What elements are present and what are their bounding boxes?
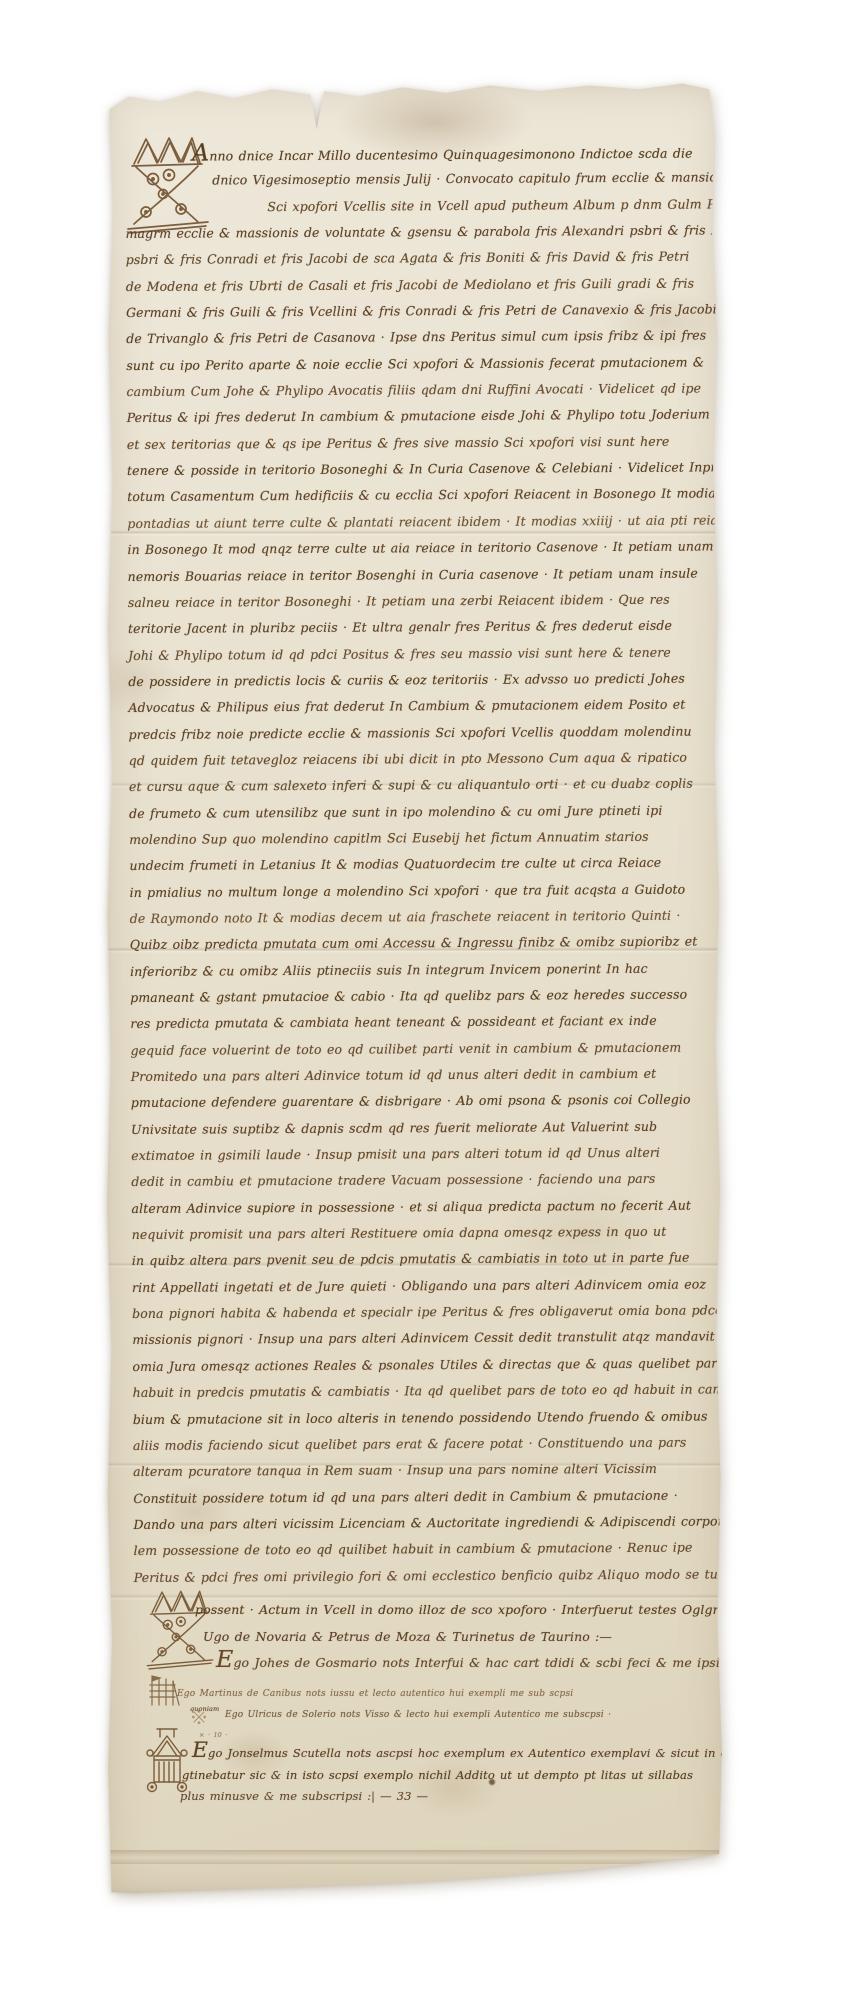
charter-line: cambium Cum Johe & Phylipo Avocatis fili…: [126, 375, 718, 405]
charter-line: in Bosonego It mod qnqz terre culte ut a…: [127, 534, 719, 564]
charter-line: inferioribz & cu omibz Aliis ptineciis s…: [130, 955, 722, 985]
parchment-shadow: Anno dnice Incar Millo ducentesimo Quinq…: [0, 0, 862, 2000]
charter-line: Johi & Phylipo totum id qd pdci Positus …: [128, 639, 720, 669]
charter-line: Quibz oibz predicta pmutata cum omi Acce…: [130, 929, 722, 959]
parchment-sheet: Anno dnice Incar Millo ducentesimo Quinq…: [104, 82, 726, 1894]
charter-line: salneu reiace in teritor Bosoneghi · It …: [128, 586, 720, 616]
charter-line: Promitedo una pars alteri Adinvice totum…: [131, 1060, 723, 1090]
charter-line: lem possessione de toto eo qd quilibet h…: [134, 1535, 726, 1565]
footer-line: Ugo de Novaria & Petrus de Moza & Turine…: [203, 1624, 612, 1650]
charter-line: de Modena et fris Ubrti de Casali et fri…: [126, 270, 718, 300]
charter-line: missionis pignori · Insup una pars alter…: [132, 1324, 724, 1354]
charter-line: undecim frumeti in Letanius It & modias …: [129, 850, 721, 880]
charter-line: de frumeto & cum utensilibz que sunt in …: [129, 797, 721, 827]
charter-line: Anno dnice Incar Millo ducentesimo Quinq…: [192, 138, 717, 168]
footer-line: Ego Johes de Gosmario nots Interfui & ha…: [216, 1648, 726, 1676]
charter-line: Dando una pars alteri vicissim Licenciam…: [133, 1508, 725, 1538]
charter-line: Germani & fris Guili & fris Vcellini & f…: [126, 296, 718, 326]
charter-line: dedit in cambiu et pmutacione tradere Va…: [131, 1166, 723, 1196]
charter-line: habuit in predcis pmutatis & cambiatis ·…: [133, 1377, 725, 1407]
charter-line: qd quidem fuit tetavegloz reiacens ibi u…: [129, 744, 721, 774]
charter-line: alteram Adinvice supiore in possessione …: [131, 1192, 723, 1222]
charter-line: nemoris Bouarias reiace in teritor Bosen…: [128, 560, 720, 590]
charter-line: dnico Vigesimoseptio mensis Julij · Conv…: [212, 165, 717, 194]
charter-line: Univsitate suis suptibz & dapnis scdm qd…: [131, 1113, 723, 1143]
charter-line: de Raymondo noto It & modias decem ut ai…: [130, 902, 722, 932]
charter-line: in quibz altera pars pvenit seu de pdcis…: [132, 1245, 724, 1275]
charter-line: et cursu aque & cum salexeto inferi & su…: [129, 771, 721, 801]
charter-line: psbri & fris Conradi et fris Jacobi de s…: [126, 244, 718, 274]
charter-line: rint Appellati ingetati et de Jure quiet…: [132, 1271, 724, 1301]
charter-line: gequid face voluerint de toto eo qd cuil…: [130, 1034, 722, 1064]
footer-line: possent · Actum in Vcell in domo illoz d…: [195, 1597, 719, 1623]
charter-line: Constituit possidere totum id qd una par…: [133, 1482, 725, 1512]
charter-line: teritorie Jacent in pluribz peciis · Et …: [128, 613, 720, 643]
charter-line: totum Casamentum Cum hedificiis & cu ecc…: [127, 481, 719, 511]
charter-line: de possidere in predictis locis & curiis…: [128, 665, 720, 695]
charter-line: magrm ecclie & massionis de voluntate & …: [125, 217, 717, 247]
charter-line: aliis modis faciendo sicut quelibet pars…: [133, 1429, 725, 1459]
charter-line: Advocatus & Philipus eius frat dederut I…: [128, 692, 720, 722]
manuscript-photo: Anno dnice Incar Millo ducentesimo Quinq…: [0, 0, 862, 2000]
charter-line: Sci xpofori Vcellis site in Vcell apud p…: [267, 191, 717, 220]
charter-line: nequivit promisit una pars alteri Restit…: [132, 1218, 724, 1248]
charter-line: predcis fribz noie predicte ecclie & mas…: [129, 718, 721, 748]
charter-line: sunt cu ipo Perito aparte & noie ecclie …: [126, 349, 718, 379]
charter-line: pmutacione defendere guarentare & disbri…: [131, 1087, 723, 1117]
charter-line: Peritus & ipi fres dederut In cambium & …: [127, 402, 719, 432]
charter-line: pmaneant & gstant pmutacioe & cabio · It…: [130, 981, 722, 1011]
charter-line: et sex teritorias que & qs ipe Peritus &…: [127, 428, 719, 458]
charter-main-text: Anno dnice Incar Millo ducentesimo Quinq…: [125, 138, 726, 1590]
charter-line: alteram pcuratore tanqua in Rem suam · I…: [133, 1456, 725, 1486]
charter-line: res predicta pmutata & cambiata heant te…: [130, 1008, 722, 1038]
footer-line: plus minusve & me subscripsi :| — 33 —: [180, 1783, 428, 1809]
charter-line: de Trivanglo & fris Petri de Casanova · …: [126, 323, 718, 353]
charter-line: pontadias ut aiunt terre culte & plantat…: [127, 507, 719, 537]
footer-line: quoniam: [190, 1696, 219, 1722]
charter-line: tenere & posside in teritorio Bosoneghi …: [127, 455, 719, 485]
charter-line: extimatoe in gsimili laude · Insup pmisi…: [131, 1139, 723, 1169]
footer-line: Ego Ulricus de Solerio nots Visso & lect…: [225, 1702, 611, 1728]
charter-line: molendino Sup quo molendino capitlm Sci …: [129, 823, 721, 853]
notary-mark-ladder-flag-icon: [145, 1675, 181, 1709]
charter-line: bium & pmutacione sit in loco alteris in…: [133, 1403, 725, 1433]
charter-line: omia Jura omesqz actiones Reales & psona…: [132, 1350, 724, 1380]
charter-line: bona pignori habita & habenda et special…: [132, 1297, 724, 1327]
charter-line: in pmialius no multum longe a molendino …: [130, 876, 722, 906]
charter-line: Peritus & pdci fres omi privilegio fori …: [134, 1561, 726, 1591]
